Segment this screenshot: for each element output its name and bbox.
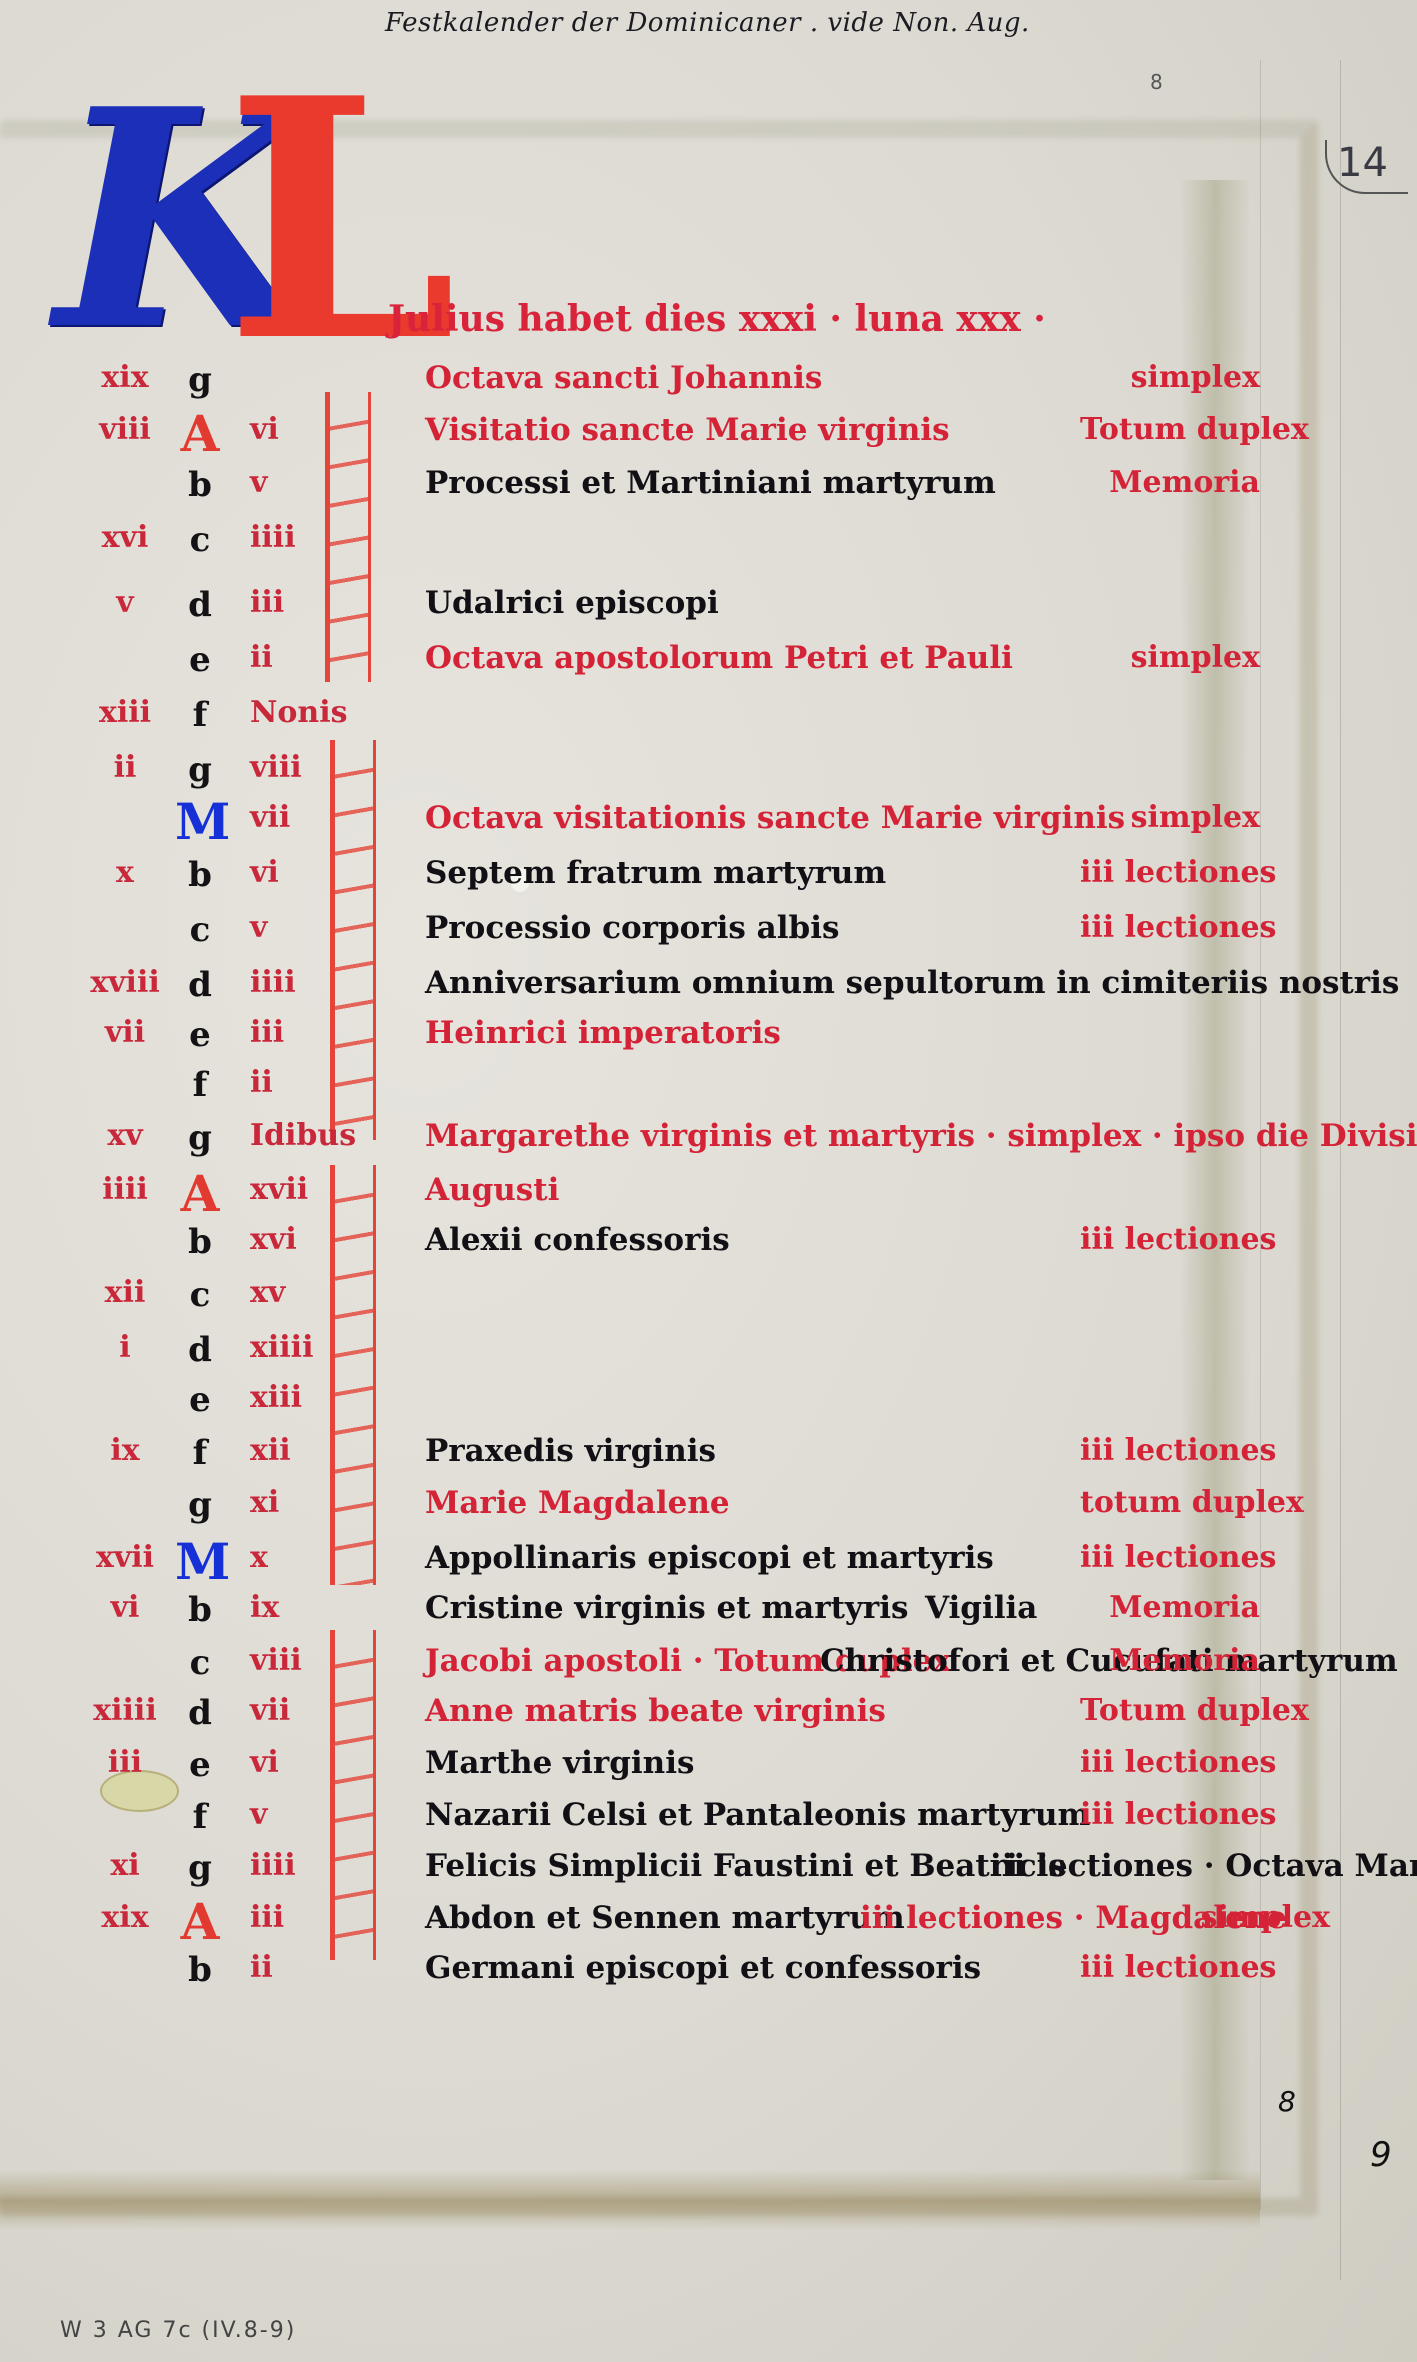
golden-number: v xyxy=(80,585,170,620)
feast-name: Anniversarium omnium sepultorum in cimit… xyxy=(425,965,1399,1001)
roman-date: ii xyxy=(250,1065,350,1100)
roman-date: v xyxy=(250,1797,350,1832)
folio-number-top: 8 xyxy=(1150,70,1163,94)
roman-date: xvii xyxy=(250,1172,350,1207)
roman-date: ii xyxy=(250,640,350,675)
feast-name: Felicis Simplicii Faustini et Beatricis xyxy=(425,1848,1066,1884)
dominical-letter: g xyxy=(175,1848,225,1888)
roman-date: vi xyxy=(250,855,350,890)
golden-number: iii xyxy=(80,1745,170,1780)
golden-number: xii xyxy=(80,1275,170,1310)
roman-date: ix xyxy=(250,1590,350,1625)
calendar-row: bvProcessi et Martiniani martyrumMemoria xyxy=(0,465,1417,511)
rank-label: totum duplex xyxy=(1080,1485,1260,1520)
rank-label: iii lectiones xyxy=(1080,1222,1260,1257)
calendar-row: viieiiiHeinrici imperatoris xyxy=(0,1015,1417,1061)
roman-date: iiii xyxy=(250,1848,350,1883)
calendar-row: fii xyxy=(0,1065,1417,1111)
roman-date: iii xyxy=(250,1900,350,1935)
golden-number: iiii xyxy=(80,1172,170,1207)
dominical-letter: f xyxy=(175,695,225,735)
roman-date: xiiii xyxy=(250,1330,350,1365)
golden-number: ix xyxy=(80,1433,170,1468)
calendar-row: xviiidiiiiAnniversarium omnium sepultoru… xyxy=(0,965,1417,1011)
rank-label: iii lectiones xyxy=(1080,1540,1260,1575)
feast-name: Germani episcopi et confessoris xyxy=(425,1950,981,1986)
dominical-letter: e xyxy=(175,1380,225,1420)
calendar-row: biiGermani episcopi et confessorisiii le… xyxy=(0,1950,1417,1996)
roman-date: v xyxy=(250,910,350,945)
rank-label: iii lectiones xyxy=(1080,855,1260,890)
calendar-row: MviiOctava visitationis sancte Marie vir… xyxy=(0,800,1417,846)
golden-number: vii xyxy=(80,1015,170,1050)
calendar-row: xixgOctava sancti Johannissimplex xyxy=(0,360,1417,406)
golden-number: xiii xyxy=(80,695,170,730)
dominical-letter: e xyxy=(175,1745,225,1785)
roman-date: xiii xyxy=(250,1380,350,1415)
roman-date: viii xyxy=(250,750,350,785)
calendar-row: iigviii xyxy=(0,750,1417,796)
dominical-letter: d xyxy=(175,585,225,625)
golden-number: xv xyxy=(80,1118,170,1153)
dominical-letter: g xyxy=(175,1118,225,1158)
feast-annotation: Vigilia xyxy=(925,1590,1037,1626)
golden-number: xvii xyxy=(80,1540,170,1575)
rank-label: simplex xyxy=(1080,360,1260,395)
folio-number-bottom: 8 xyxy=(1278,2085,1296,2118)
calendar-row: viiiAviVisitatio sancte Marie virginisTo… xyxy=(0,412,1417,458)
roman-date: xi xyxy=(250,1485,350,1520)
roman-date: Idibus xyxy=(250,1118,350,1153)
feast-name: Octava visitationis sancte Marie virgini… xyxy=(425,800,1125,836)
rank-label: Totum duplex xyxy=(1080,1693,1260,1728)
dominical-letter: g xyxy=(175,750,225,790)
dominical-letter: d xyxy=(175,1330,225,1370)
feast-name: Septem fratrum martyrum xyxy=(425,855,886,891)
rank-label: simplex xyxy=(1080,640,1260,675)
rank-label: Memoria xyxy=(1080,1590,1260,1625)
roman-date: xv xyxy=(250,1275,350,1310)
dominical-letter: b xyxy=(175,855,225,895)
roman-date: xii xyxy=(250,1433,350,1468)
golden-number: xvi xyxy=(80,520,170,555)
rank-label: simplex xyxy=(1080,800,1260,835)
rank-label: iii lectiones xyxy=(1080,1433,1260,1468)
roman-date: viii xyxy=(250,1643,350,1678)
roman-date: vii xyxy=(250,1693,350,1728)
roman-date: ii xyxy=(250,1950,350,1985)
calendar-row: idxiiii xyxy=(0,1330,1417,1376)
calendar-row: xbviSeptem fratrum martyrumiii lectiones xyxy=(0,855,1417,901)
feast-name: Anne matris beate virginis xyxy=(425,1693,886,1729)
dominical-letter: f xyxy=(175,1433,225,1473)
dominical-letter: g xyxy=(175,360,225,400)
shelfmark: W 3 AG 7c (IV.8-9) xyxy=(60,2318,296,2343)
calendar-row: fvNazarii Celsi et Pantaleonis martyrumi… xyxy=(0,1797,1417,1843)
feast-name: Octava sancti Johannis xyxy=(425,360,822,396)
calendar-row: xiiiidviiAnne matris beate virginisTotum… xyxy=(0,1693,1417,1739)
calendar-row: iiieviMarthe virginisiii lectiones xyxy=(0,1745,1417,1791)
dominical-letter: M xyxy=(175,1532,225,1591)
manuscript-page: Festkalender der Dominicaner . vide Non.… xyxy=(0,0,1417,2362)
dominical-letter: c xyxy=(175,520,225,560)
dominical-letter: b xyxy=(175,465,225,505)
roman-date: iii xyxy=(250,585,350,620)
dominical-letter: A xyxy=(175,1892,225,1951)
feast-name: Processio corporis albis xyxy=(425,910,839,946)
roman-date: v xyxy=(250,465,350,500)
dominical-letter: b xyxy=(175,1950,225,1990)
dominical-letter: f xyxy=(175,1797,225,1837)
dominical-letter: f xyxy=(175,1065,225,1105)
calendar-row: bxviAlexii confessorisiii lectiones xyxy=(0,1222,1417,1268)
calendar-row: xiicxv xyxy=(0,1275,1417,1321)
roman-date: iii xyxy=(250,1015,350,1050)
calendar-row: gxiMarie Magdalenetotum duplex xyxy=(0,1485,1417,1531)
rank-label: iii lectiones xyxy=(1080,1797,1260,1832)
feast-name: Appollinaris episcopi et martyris xyxy=(425,1540,994,1576)
roman-date: Nonis xyxy=(250,695,350,730)
feast-name: Nazarii Celsi et Pantaleonis martyrum xyxy=(425,1797,1090,1833)
feast-name: Margarethe virginis et martyris · simple… xyxy=(425,1118,1417,1154)
rank-label: Memoria xyxy=(1080,465,1260,500)
feast-name: Abdon et Sennen martyrum xyxy=(425,1900,905,1936)
folio-number-circled: 14 xyxy=(1325,140,1408,194)
water-stain-bottom xyxy=(0,2170,1260,2230)
feast-annotation: iii lectiones · Octava Marie xyxy=(990,1848,1417,1884)
roman-date: vi xyxy=(250,1745,350,1780)
dominical-letter: b xyxy=(175,1222,225,1262)
dominical-letter: e xyxy=(175,1015,225,1055)
dominical-letter: c xyxy=(175,910,225,950)
golden-number: i xyxy=(80,1330,170,1365)
golden-number: vi xyxy=(80,1590,170,1625)
roman-date: vii xyxy=(250,800,350,835)
dominical-letter: c xyxy=(175,1643,225,1683)
golden-number: viii xyxy=(80,412,170,447)
calendar-row: vibixCristine virginis et martyrisVigili… xyxy=(0,1590,1417,1636)
feast-name: Processi et Martiniani martyrum xyxy=(425,465,996,501)
golden-number: xix xyxy=(80,360,170,395)
calendar-row: iiiiAxviiAugusti xyxy=(0,1172,1417,1218)
feast-name: Heinrici imperatoris xyxy=(425,1015,781,1051)
folio-number-bottom-alt: 9 xyxy=(1370,2135,1392,2175)
dominical-letter: g xyxy=(175,1485,225,1525)
golden-number: x xyxy=(80,855,170,890)
rank-label: Totum duplex xyxy=(1080,412,1260,447)
rank-label: iii lectiones xyxy=(1080,910,1260,945)
feast-name: Marie Magdalene xyxy=(425,1485,730,1521)
calendar-row: ixfxiiPraxedis virginisiii lectiones xyxy=(0,1433,1417,1479)
dominical-letter: d xyxy=(175,965,225,1005)
rank-label: iii lectiones xyxy=(1080,1950,1260,1985)
feast-name: Visitatio sancte Marie virginis xyxy=(425,412,950,448)
calendar-row: cviiiJacobi apostoli · Totum duplexChris… xyxy=(0,1643,1417,1689)
dominical-letter: A xyxy=(175,1164,225,1223)
feast-name: Udalrici episcopi xyxy=(425,585,719,621)
month-header: Julius habet dies xxxi · luna xxx · xyxy=(388,298,1046,340)
dominical-letter: b xyxy=(175,1590,225,1630)
calendar-row: cvProcessio corporis albisiii lectiones xyxy=(0,910,1417,956)
dominical-letter: c xyxy=(175,1275,225,1315)
feast-name: Praxedis virginis xyxy=(425,1433,716,1469)
calendar-row: xixAiiiAbdon et Sennen martyrumiii lecti… xyxy=(0,1900,1417,1946)
feast-name: Augusti xyxy=(425,1172,559,1208)
dominical-letter: M xyxy=(175,792,225,851)
golden-number: xi xyxy=(80,1848,170,1883)
rank-label: iii lectiones xyxy=(1080,1745,1260,1780)
rank-label: Memoria xyxy=(1080,1643,1260,1678)
calendar-row: xiiifNonis xyxy=(0,695,1417,741)
golden-number: xviii xyxy=(80,965,170,1000)
dominical-letter: A xyxy=(175,404,225,463)
calendar-row: xviciiii xyxy=(0,520,1417,566)
golden-number: xiiii xyxy=(80,1693,170,1728)
roman-date: vi xyxy=(250,412,350,447)
calendar-row: vdiiiUdalrici episcopi xyxy=(0,585,1417,631)
feast-name: Marthe virginis xyxy=(425,1745,694,1781)
dominical-letter: e xyxy=(175,640,225,680)
rank-label: simplex xyxy=(1180,1900,1330,1935)
calendar-row: eiiOctava apostolorum Petri et Paulisimp… xyxy=(0,640,1417,686)
roman-date: iiii xyxy=(250,965,350,1000)
golden-number: xix xyxy=(80,1900,170,1935)
roman-date: iiii xyxy=(250,520,350,555)
later-annotation: Festkalender der Dominicaner . vide Non.… xyxy=(385,8,1030,38)
golden-number: ii xyxy=(80,750,170,785)
feast-name: Cristine virginis et martyris xyxy=(425,1590,908,1626)
feast-name: Alexii confessoris xyxy=(425,1222,730,1258)
calendar-row: exiii xyxy=(0,1380,1417,1426)
calendar-row: xviiMxAppollinaris episcopi et martyrisi… xyxy=(0,1540,1417,1586)
feast-name: Octava apostolorum Petri et Pauli xyxy=(425,640,1013,676)
dominical-letter: d xyxy=(175,1693,225,1733)
roman-date: x xyxy=(250,1540,350,1575)
calendar-row: xigiiiiFelicis Simplicii Faustini et Bea… xyxy=(0,1848,1417,1894)
roman-date: xvi xyxy=(250,1222,350,1257)
calendar-row: xvgIdibusMargarethe virginis et martyris… xyxy=(0,1118,1417,1164)
